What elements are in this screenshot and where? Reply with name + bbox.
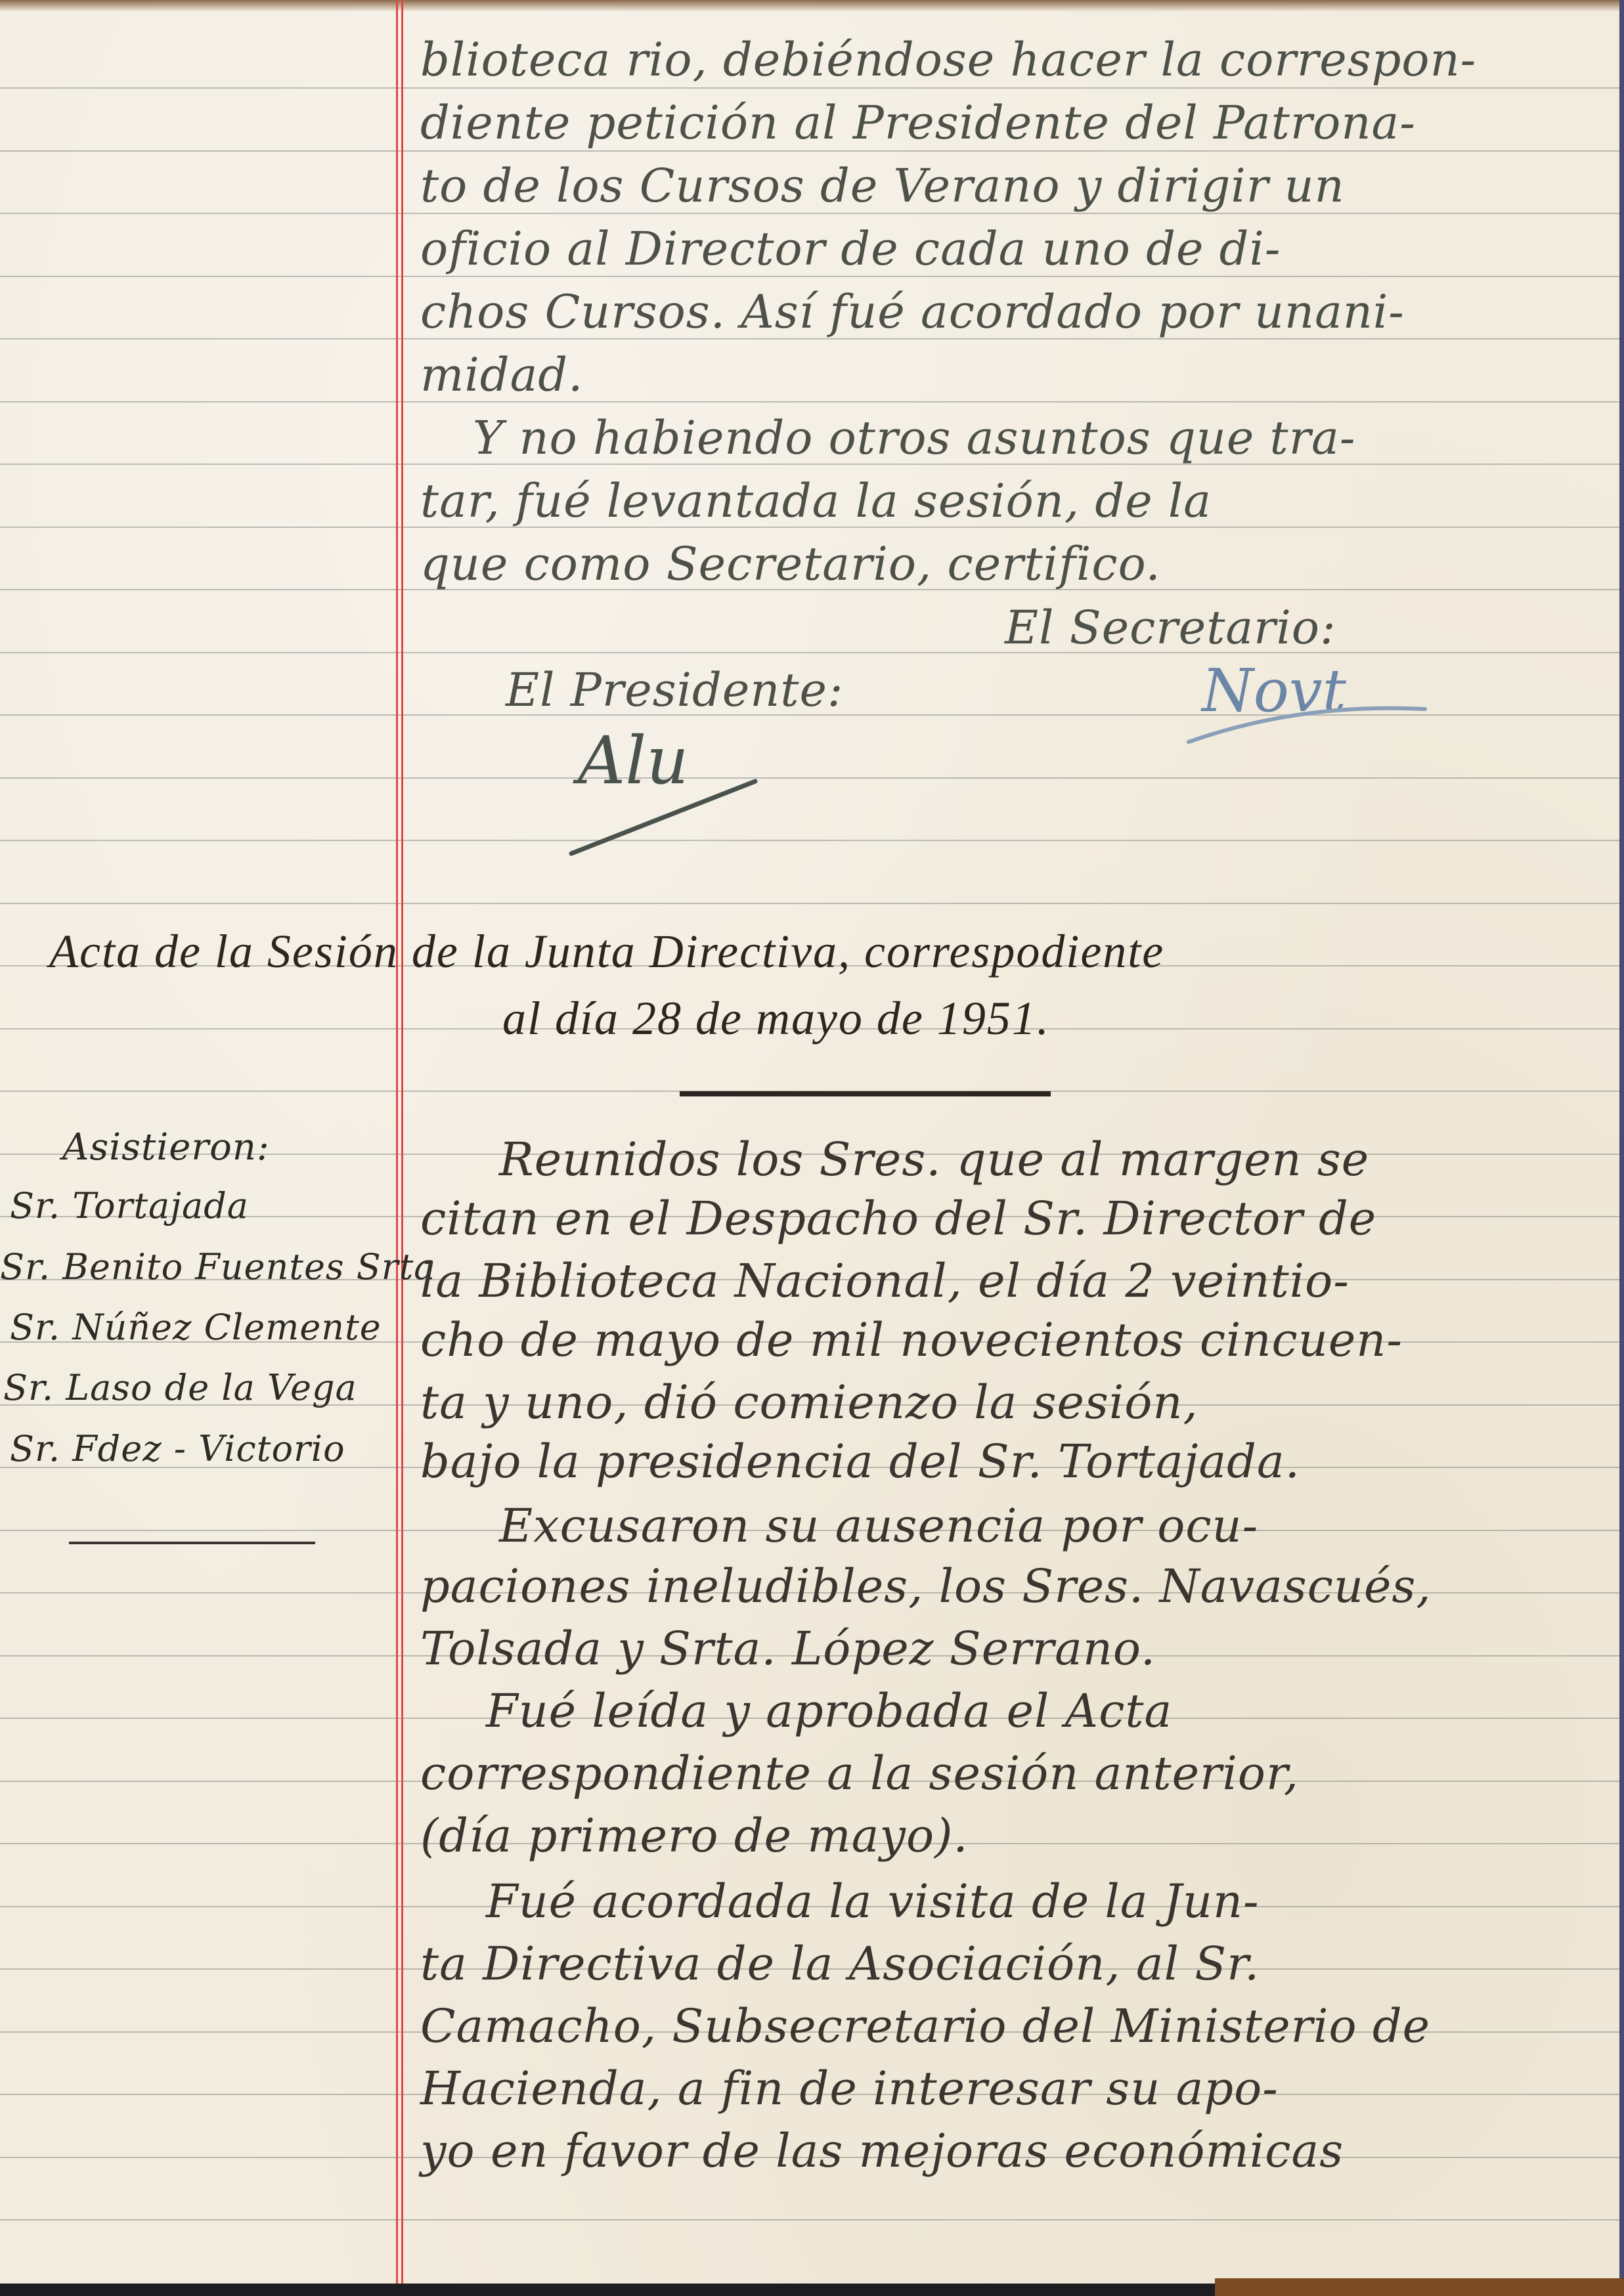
text-line: ta Directiva de la Asociación, al Sr. <box>420 1937 1260 1991</box>
text-line: Fué acordada la visita de la Jun- <box>486 1874 1260 1928</box>
title-line-1: Acta de la Sesión de la Junta Directiva,… <box>49 924 1164 979</box>
ruled-line <box>0 213 1619 214</box>
ruled-line <box>0 150 1619 152</box>
text-line: blioteca rio, debiéndose hacer la corres… <box>420 33 1476 87</box>
attendee: Sr. Núñez Clemente <box>10 1307 382 1348</box>
text-line: Tolsada y Srta. López Serrano. <box>420 1622 1156 1676</box>
attendees-separator <box>69 1542 315 1544</box>
text-line: la Biblioteca Nacional, el día 2 veintio… <box>420 1254 1350 1308</box>
secretary-signature-underline <box>1182 689 1432 748</box>
attendee: Sr. Benito Fuentes Srta <box>0 1246 436 1288</box>
wood-surface <box>1215 2278 1624 2296</box>
book-edge <box>1619 0 1624 2284</box>
margin-rule-right <box>401 0 403 2284</box>
ruled-line <box>0 401 1619 402</box>
text-line: yo en favor de las mejoras económicas <box>420 2124 1344 2178</box>
text-line: correspondiente a la sesión anterior, <box>420 1746 1299 1800</box>
president-label: El Presidente: <box>506 663 844 717</box>
text-line: midad. <box>420 348 583 402</box>
text-line: to de los Cursos de Verano y dirigir un <box>420 159 1345 213</box>
margin-rule-left <box>396 0 398 2284</box>
attendees-heading: Asistieron: <box>62 1126 270 1169</box>
text-line: cho de mayo de mil novecientos cincuen- <box>420 1313 1403 1367</box>
page-top-shadow <box>0 0 1619 12</box>
ruled-line <box>0 777 1619 779</box>
text-line: Fué leída y aprobada el Acta <box>486 1684 1172 1738</box>
text-line: Hacienda, a fin de interesar su apo- <box>420 2062 1279 2115</box>
text-line: paciones ineludibles, los Sres. Navascué… <box>420 1559 1432 1613</box>
text-line: Camacho, Subsecretario del Ministerio de <box>420 1999 1430 2053</box>
attendee: Sr. Laso de la Vega <box>3 1367 357 1408</box>
text-line: Excusaron su ausencia por ocu- <box>499 1499 1258 1553</box>
text-line: ta y uno, dió comienzo la sesión, <box>420 1375 1198 1429</box>
president-signature-flourish <box>558 775 775 860</box>
ruled-line <box>0 276 1619 277</box>
text-line: bajo la presidencia del Sr. Tortajada. <box>420 1435 1300 1488</box>
text-line: que como Secretario, certifico. <box>420 537 1161 591</box>
text-line: oficio al Director de cada uno de di- <box>420 222 1281 276</box>
text-line: Reunidos los Sres. que al margen se <box>499 1133 1369 1186</box>
title-separator <box>680 1091 1051 1096</box>
secretary-label: El Secretario: <box>1005 601 1336 655</box>
ruled-line <box>0 840 1619 841</box>
ruled-line <box>0 2219 1619 2220</box>
text-line: chos Cursos. Así fué acordado por unani- <box>420 285 1405 339</box>
notebook-page: blioteca rio, debiéndose hacer la corres… <box>0 0 1619 2284</box>
attendee: Sr. Tortajada <box>10 1185 249 1226</box>
text-line: tar, fué levantada la sesión, de la <box>420 474 1212 528</box>
ruled-line <box>0 903 1619 904</box>
title-line-2: al día 28 de mayo de 1951. <box>502 991 1050 1046</box>
text-line: (día primero de mayo). <box>420 1809 969 1863</box>
text-line: diente petición al Presidente del Patron… <box>420 96 1416 150</box>
ruled-line <box>0 87 1619 89</box>
ruled-line <box>0 652 1619 653</box>
text-line: citan en el Despacho del Sr. Director de <box>420 1192 1376 1245</box>
text-line: Y no habiendo otros asuntos que tra- <box>473 411 1356 465</box>
attendee: Sr. Fdez - Victorio <box>10 1428 345 1469</box>
